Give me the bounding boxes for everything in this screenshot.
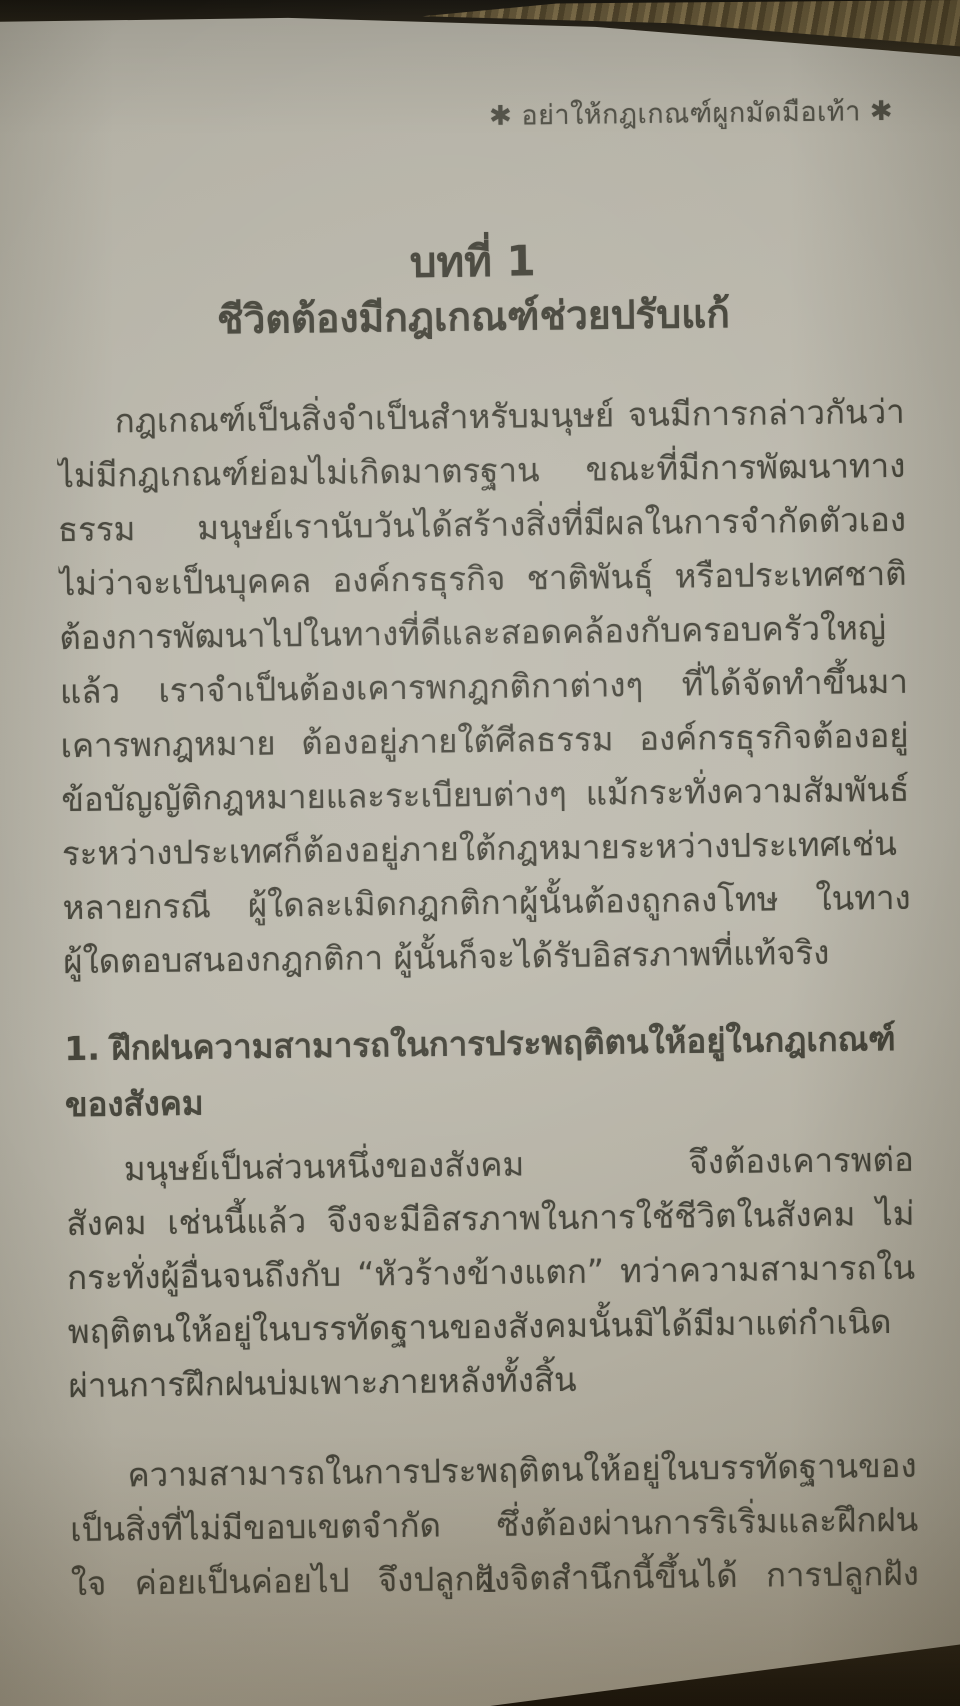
text-line: ของสังคม bbox=[65, 1067, 914, 1133]
text-line: ผ่านการฝึกฝนบ่มเพาะภายหลังทั้งสิ้น bbox=[68, 1349, 917, 1413]
text-line: ผู้ใดตอบสนองกฎกติกา ผู้นั้นก็จะได้รับอิส… bbox=[63, 925, 912, 989]
book-page: ✱ อย่าให้กฎเกณฑ์ผูกมัดมือเท้า ✱ บทที่ 1 … bbox=[0, 0, 960, 1706]
body-text: กฎเกณฑ์เป็นสิ่งจำเป็นสำหรับมนุษย์ จนมีกา… bbox=[56, 385, 919, 1611]
paragraph-2: มนุษย์เป็นส่วนหนึ่งของสังคม จึงต้องเคารพ… bbox=[66, 1133, 917, 1413]
text-line: 1. ฝึกฝนความสามารถในการประพฤติตนให้อยู่ใ… bbox=[64, 1011, 913, 1077]
running-header: ✱ อย่าให้กฎเกณฑ์ผูกมัดมือเท้า ✱ bbox=[489, 89, 893, 137]
chapter-label: บทที่ 1 bbox=[0, 230, 953, 294]
section-1-heading: 1. ฝึกฝนความสามารถในการประพฤติตนให้อยู่ใ… bbox=[64, 1011, 913, 1133]
text-line: พฤติตนให้อยู่ในบรรทัดฐานของสังคมนั้นมิได… bbox=[67, 1295, 916, 1359]
chapter-title: ชีวิตต้องมีกฎเกณฑ์ช่วยปรับแก้ bbox=[0, 286, 954, 350]
paragraph-1: กฎเกณฑ์เป็นสิ่งจำเป็นสำหรับมนุษย์ จนมีกา… bbox=[56, 385, 911, 989]
chapter-heading-block: บทที่ 1 ชีวิตต้องมีกฎเกณฑ์ช่วยปรับแก้ bbox=[0, 230, 954, 350]
